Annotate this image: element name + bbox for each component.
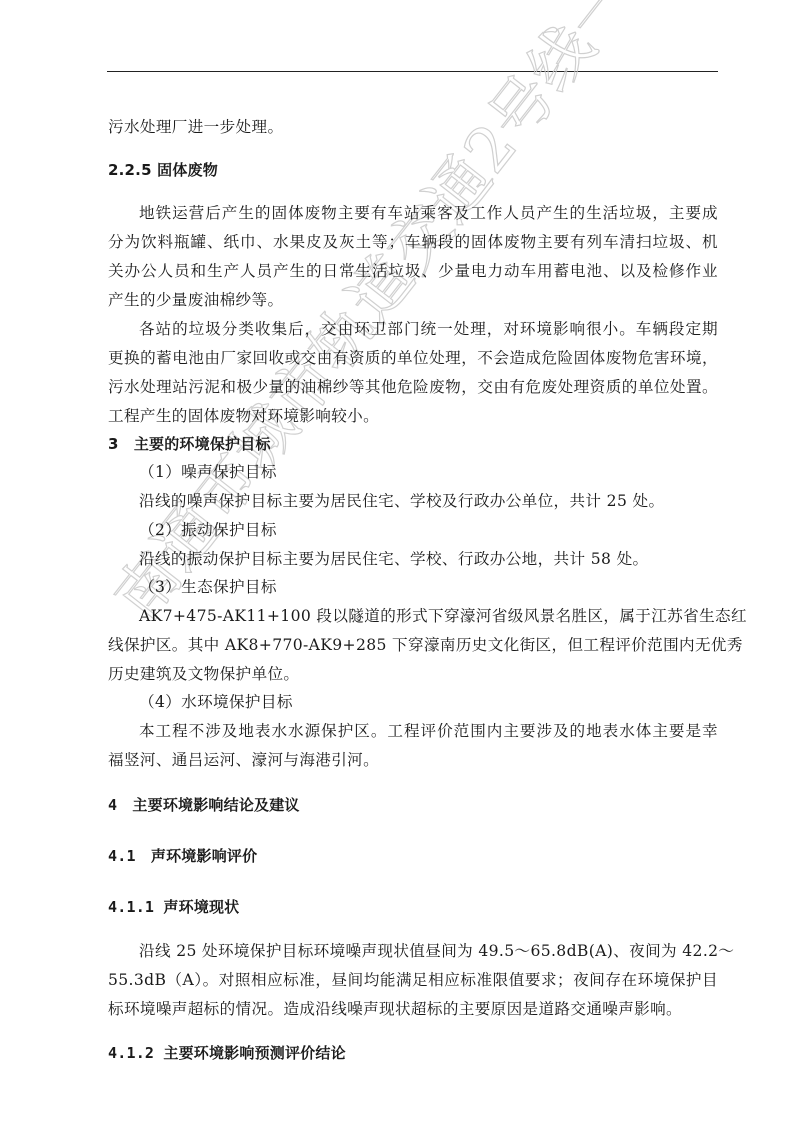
section-heading: 4.1 声环境影响评价 — [108, 846, 257, 866]
paragraph-line: 更换的蓄电池由厂家回收或交由有资质的单位处理，不会造成危险固体废物危害环境， — [108, 348, 718, 368]
paragraph-line: 产生的少量废油棉纱等。 — [108, 290, 283, 310]
paragraph-line: 工程产生的固体废物对环境影响较小。 — [108, 406, 379, 426]
paragraph-line: 沿线的振动保护目标主要为居民住宅、学校、行政办公地，共计 58 处。 — [108, 549, 648, 569]
paragraph-line: 各站的垃圾分类收集后，交由环卫部门统一处理，对环境影响很小。车辆段定期 — [108, 319, 718, 339]
paragraph-line: （3）生态保护目标 — [108, 577, 277, 597]
paragraph-line: 分为饮料瓶罐、纸巾、水果皮及灰土等；车辆段的固体废物主要有列车清扫垃圾、机 — [108, 232, 718, 252]
paragraph-line: 污水处理厂进一步处理。 — [108, 117, 283, 137]
section-heading: 4 主要环境影响结论及建议 — [108, 795, 300, 815]
paragraph-line: 历史建筑及文物保护单位。 — [108, 664, 299, 684]
paragraph-line: 55.3dB（A）。对照相应标准，昼间均能满足相应标准限值要求；夜间存在环境保护… — [108, 970, 718, 990]
paragraph-line: 沿线 25 处环境保护目标环境噪声现状值昼间为 49.5～65.8dB(A)、夜… — [108, 941, 718, 961]
section-heading: 3 主要的环境保护目标 — [108, 434, 271, 454]
paragraph-line: （4）水环境保护目标 — [108, 692, 293, 712]
paragraph-line: 地铁运营后产生的固体废物主要有车站乘客及工作人员产生的生活垃圾，主要成 — [108, 203, 718, 223]
paragraph-line: AK7+475-AK11+100 段以隧道的形式下穿濠河省级风景名胜区，属于江苏… — [108, 606, 718, 626]
section-heading: 4.1.2 主要环境影响预测评价结论 — [108, 1043, 346, 1063]
paragraph-line: 线保护区。其中 AK8+770-AK9+285 下穿濠南历史文化街区，但工程评价… — [108, 635, 718, 655]
section-heading: 2.2.5 固体废物 — [108, 160, 218, 180]
paragraph-line: 标环境噪声超标的情况。造成沿线噪声现状超标的主要原因是道路交通噪声影响。 — [108, 999, 682, 1019]
header-rule — [107, 71, 718, 72]
paragraph-line: 污水处理站污泥和极少量的油棉纱等其他危险废物，交由有危废处理资质的单位处置。 — [108, 377, 718, 397]
section-heading: 4.1.1 声环境现状 — [108, 897, 239, 917]
paragraph-line: （1）噪声保护目标 — [108, 462, 277, 482]
paragraph-line: 沿线的噪声保护目标主要为居民住宅、学校及行政办公单位，共计 25 处。 — [108, 491, 664, 511]
paragraph-line: 本工程不涉及地表水水源保护区。工程评价范围内主要涉及的地表水体主要是幸 — [108, 721, 718, 741]
paragraph-line: 福竖河、通吕运河、濠河与海港引河。 — [108, 750, 379, 770]
paragraph-line: 关办公人员和生产人员产生的日常生活垃圾、少量电力动车用蓄电池、以及检修作业 — [108, 261, 718, 281]
paragraph-line: （2）振动保护目标 — [108, 520, 277, 540]
